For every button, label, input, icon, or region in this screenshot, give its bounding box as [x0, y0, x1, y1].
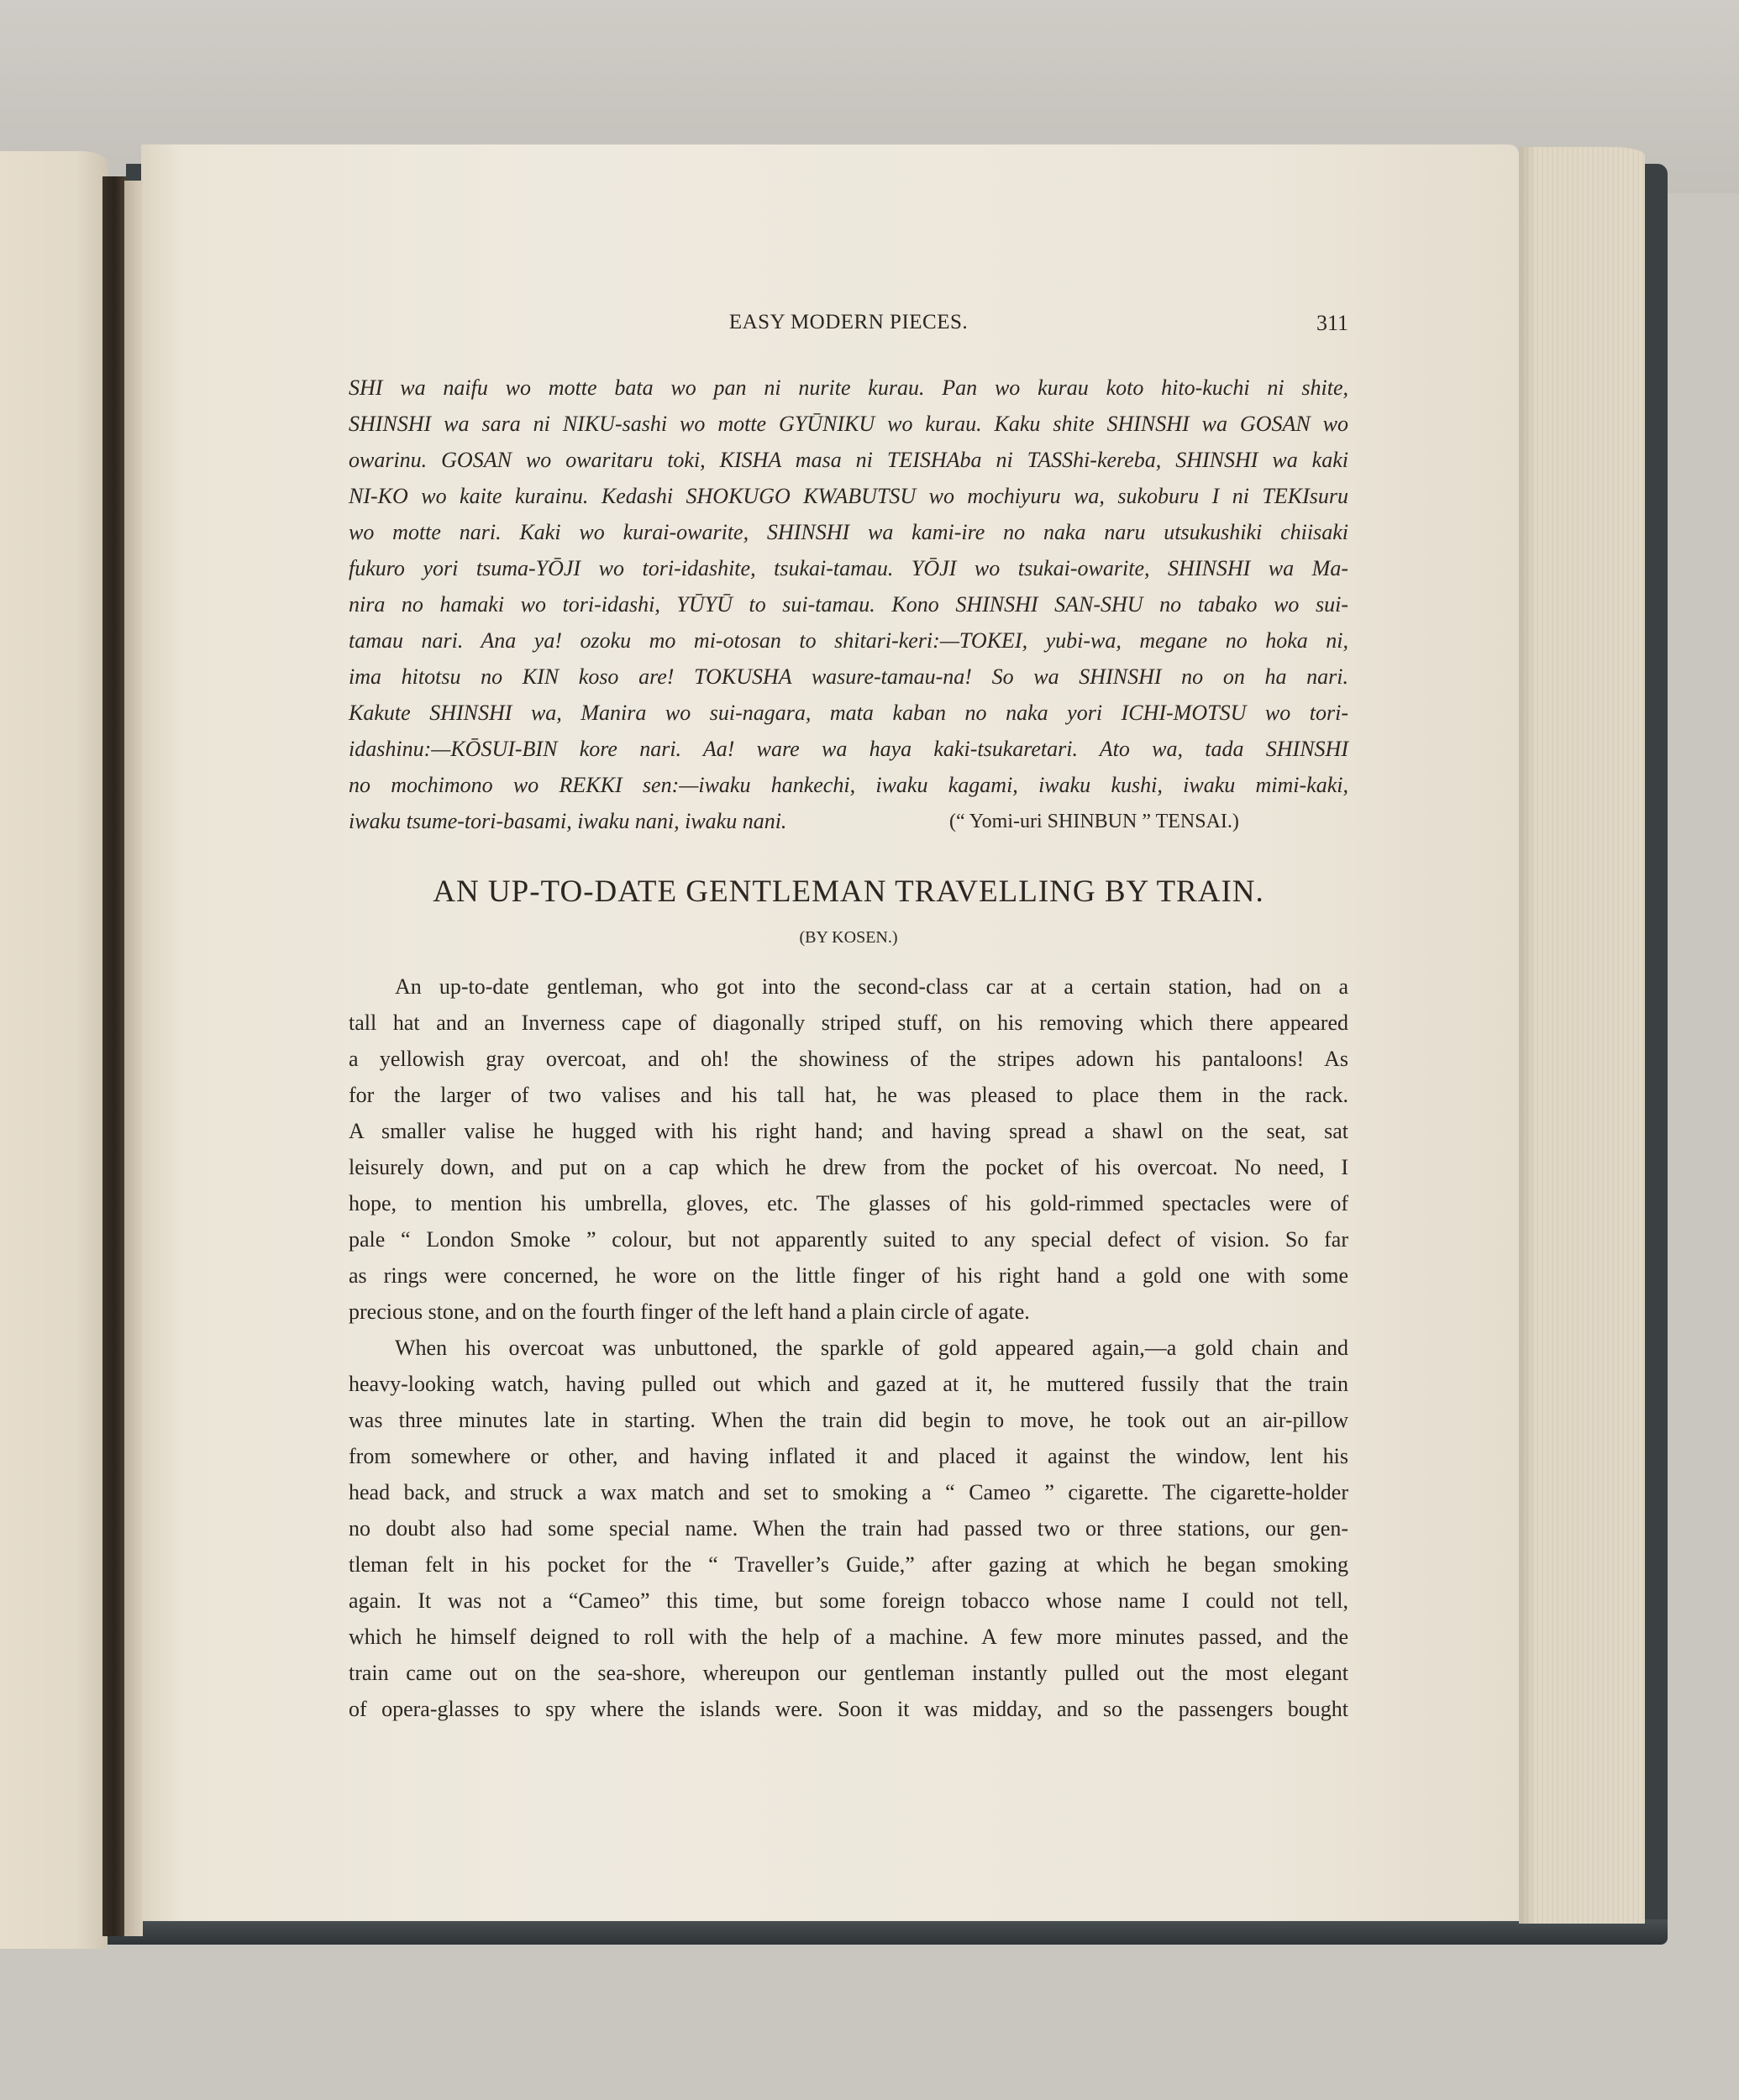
body-line: from somewhere or other, and having infl…: [349, 1444, 1348, 1469]
gutter-shadow: [124, 181, 143, 1936]
page-stack-shade: [1519, 147, 1536, 1924]
romaji-line: Kakute SHINSHI wa, Manira wo sui-nagara,…: [349, 701, 1348, 726]
romaji-line: wo motte nari. Kaki wo kurai-owarite, SH…: [349, 520, 1348, 545]
body-line: heavy-looking watch, having pulled out w…: [349, 1372, 1348, 1397]
running-head: EASY MODERN PIECES. 311: [349, 311, 1348, 344]
romaji-line: fukuro yori tsuma-YŌJI wo tori-idashite,…: [349, 556, 1348, 581]
body-line: again. It was not a “Cameo” this time, b…: [349, 1588, 1348, 1614]
source-note: (“ Yomi-uri SHINBUN ” TENSAI.): [949, 809, 1348, 834]
article-byline: (BY KOSEN.): [349, 928, 1348, 948]
romaji-line: ima hitotsu no KIN koso are! TOKUSHA was…: [349, 664, 1348, 690]
body-line: pale “ London Smoke ” colour, but not ap…: [349, 1227, 1348, 1252]
body-line: tall hat and an Inverness cape of diagon…: [349, 1011, 1348, 1036]
body-line: When his overcoat was unbuttoned, the sp…: [349, 1336, 1348, 1361]
body-line: head back, and struck a wax match and se…: [349, 1480, 1348, 1505]
romaji-line: nira no hamaki wo tori-idashi, YŪYŪ to s…: [349, 592, 1348, 617]
romaji-line: NI-KO wo kaite kurainu. Kedashi SHOKUGO …: [349, 484, 1348, 509]
romaji-line: SHINSHI wa sara ni NIKU-sashi wo motte G…: [349, 412, 1348, 437]
body-line: A smaller valise he hugged with his righ…: [349, 1119, 1348, 1144]
body-line: leisurely down, and put on a cap which h…: [349, 1155, 1348, 1180]
body-line: precious stone, and on the fourth finger…: [349, 1299, 1348, 1325]
running-title: EASY MODERN PIECES.: [349, 311, 1348, 334]
body-line: An up-to-date gentleman, who got into th…: [349, 974, 1348, 1000]
page-number: 311: [1316, 311, 1348, 336]
body-line: as rings were concerned, he wore on the …: [349, 1263, 1348, 1289]
romaji-line: owarinu. GOSAN wo owaritaru toki, KISHA …: [349, 448, 1348, 473]
body-line: no doubt also had some special name. Whe…: [349, 1516, 1348, 1541]
romaji-line: no mochimono wo REKKI sen:—iwaku hankech…: [349, 773, 1348, 798]
romaji-line: SHI wa naifu wo motte bata wo pan ni nur…: [349, 375, 1348, 401]
article-title: AN UP-TO-DATE GENTLEMAN TRAVELLING BY TR…: [349, 874, 1348, 910]
body-line: for the larger of two valises and his ta…: [349, 1083, 1348, 1108]
romaji-line: idashinu:—KŌSUI-BIN kore nari. Aa! ware …: [349, 737, 1348, 762]
left-page-edge: [0, 151, 108, 1949]
romaji-line: iwaku tsume-tori-basami, iwaku nani, iwa…: [349, 809, 869, 834]
book-gutter: [102, 176, 126, 1936]
body-line: hope, to mention his umbrella, gloves, e…: [349, 1191, 1348, 1216]
romaji-line: tamau nari. Ana ya! ozoku mo mi-otosan t…: [349, 628, 1348, 654]
body-line: a yellowish gray overcoat, and oh! the s…: [349, 1047, 1348, 1072]
body-line: of opera-glasses to spy where the island…: [349, 1697, 1348, 1722]
page-stack-edges: [1519, 147, 1645, 1924]
body-line: tleman felt in his pocket for the “ Trav…: [349, 1552, 1348, 1578]
body-line: train came out on the sea-shore, whereup…: [349, 1661, 1348, 1686]
body-line: which he himself deigned to roll with th…: [349, 1625, 1348, 1650]
book-cover-bottom-edge: [101, 1919, 1668, 1945]
body-line: was three minutes late in starting. When…: [349, 1408, 1348, 1433]
